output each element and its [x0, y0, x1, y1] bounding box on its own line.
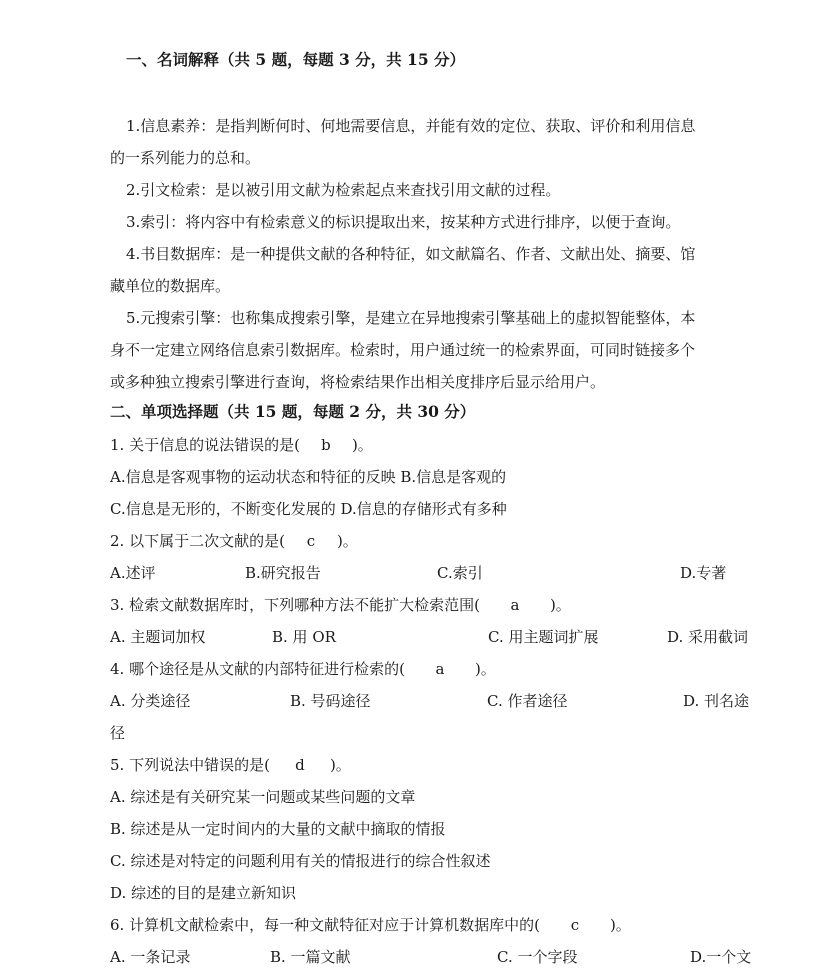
question-3-option-d: D. 采用截词 [667, 627, 748, 647]
question-1-options-line-1: A.信息是客观事物的运动状态和特征的反映 B.信息是客观的 [110, 467, 506, 487]
question-1-stem: 1. 关于信息的说法错误的是(b)。 [110, 435, 373, 455]
question-2-option-a: A.述评 [110, 563, 156, 583]
question-1-answer: b [300, 435, 352, 455]
question-6-option-c: C. 一个字段 [497, 947, 577, 967]
question-3-option-a: A. 主题词加权 [110, 627, 205, 647]
question-3-answer: a [480, 595, 550, 615]
question-4-stem: 4. 哪个途径是从文献的内部特征进行检索的(a)。 [110, 659, 496, 679]
question-5-option-c: C. 综述是对特定的问题利用有关的情报进行的综合性叙述 [110, 851, 490, 871]
definition-4-line-1: 4.书目数据库：是一种提供文献的各种特征，如文献篇名、作者、文献出处、摘要、馆 [126, 244, 695, 264]
question-5-option-d: D. 综述的目的是建立新知识 [110, 883, 296, 903]
question-3-option-c: C. 用主题词扩展 [488, 627, 598, 647]
question-4-option-b: B. 号码途径 [290, 691, 371, 711]
definition-4-line-2: 藏单位的数据库。 [110, 276, 230, 296]
question-4-option-d: D. 刊名途 [683, 691, 749, 711]
question-2-answer: c [285, 531, 337, 551]
question-6-option-a: A. 一条记录 [110, 947, 190, 967]
definition-5-line-3: 或多种独立搜索引擎进行查询，将检索结果作出相关度排序后显示给用户。 [110, 372, 605, 392]
question-6-stem: 6. 计算机文献检索中，每一种文献特征对应于计算机数据库中的(c)。 [110, 915, 631, 935]
definition-1-line-1: 1.信息素养：是指判断何时、何地需要信息，并能有效的定位、获取、评价和利用信息 [126, 116, 695, 136]
section-2-heading: 二、单项选择题（共 15 题，每题 2 分，共 30 分） [110, 402, 475, 422]
section-1-heading: 一、名词解释（共 5 题，每题 3 分，共 15 分） [126, 50, 465, 70]
question-5-option-a: A. 综述是有关研究某一问题或某些问题的文章 [110, 787, 415, 807]
question-4-option-d-wrap: 径 [110, 723, 125, 743]
question-5-answer: d [270, 755, 330, 775]
definition-5-line-2: 身不一定建立网络信息索引数据库。检索时，用户通过统一的检索界面，可同时链接多个 [110, 340, 695, 360]
question-4-option-a: A. 分类途径 [110, 691, 190, 711]
question-2-option-d: D.专著 [680, 563, 726, 583]
question-6-option-b: B. 一篇文献 [270, 947, 351, 967]
question-5-option-b: B. 综述是从一定时间内的大量的文献中摘取的情报 [110, 819, 446, 839]
question-2-option-c: C.索引 [437, 563, 483, 583]
question-6-answer: c [540, 915, 610, 935]
question-4-option-c: C. 作者途径 [487, 691, 567, 711]
question-2-stem: 2. 以下属于二次文献的是(c)。 [110, 531, 358, 551]
question-4-answer: a [405, 659, 475, 679]
question-1-options-line-2: C.信息是无形的，不断变化发展的 D.信息的存储形式有多种 [110, 499, 507, 519]
definition-3: 3.索引：将内容中有检索意义的标识提取出来，按某种方式进行排序，以便于查询。 [126, 212, 680, 232]
question-5-stem: 5. 下列说法中错误的是(d)。 [110, 755, 351, 775]
question-3-stem: 3. 检索文献数据库时，下列哪种方法不能扩大检索范围(a)。 [110, 595, 571, 615]
definition-1-line-2: 的一系列能力的总和。 [110, 148, 260, 168]
question-2-option-b: B.研究报告 [245, 563, 321, 583]
definition-2: 2.引文检索：是以被引用文献为检索起点来查找引用文献的过程。 [126, 180, 560, 200]
question-6-option-d: D.一个文 [690, 947, 751, 967]
question-3-option-b: B. 用 OR [272, 627, 336, 647]
definition-5-line-1: 5.元搜索引擎：也称集成搜索引擎，是建立在异地搜索引擎基础上的虚拟智能整体，本 [126, 308, 695, 328]
